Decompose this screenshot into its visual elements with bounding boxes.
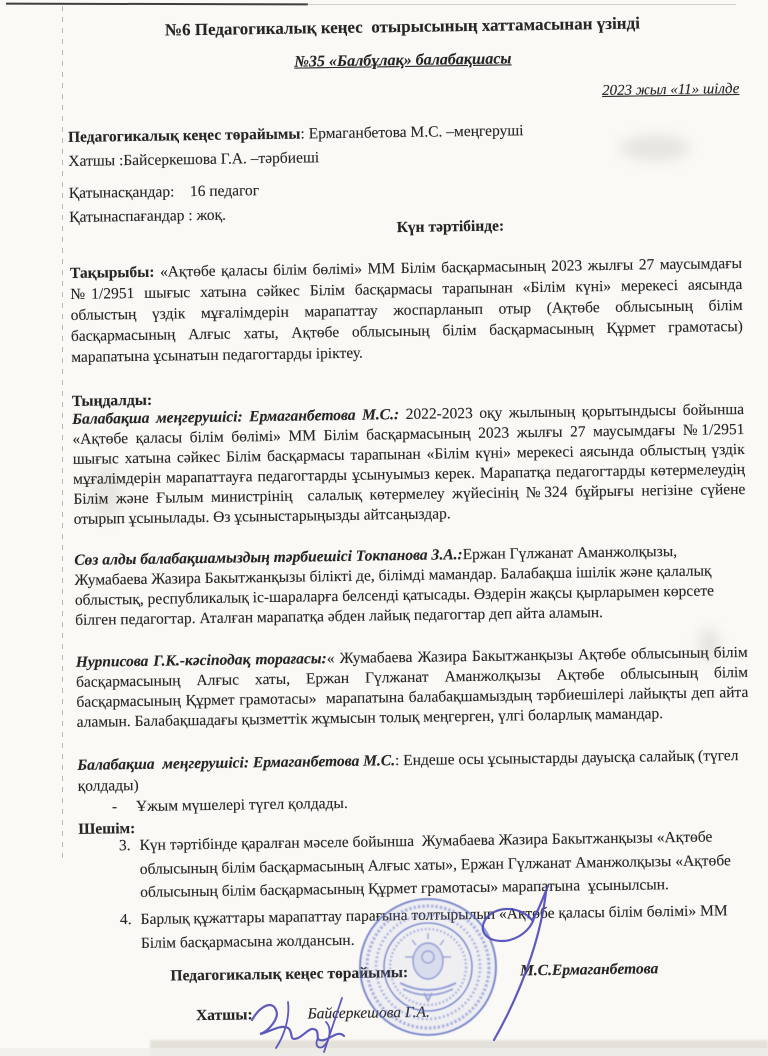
speech-director: Балабақша меңгерушісі: Ермаганбетова М.С… [72,400,746,530]
chair-signature [494,892,546,1040]
secretary-signature [324,998,342,1052]
speech-union-chair-nurpisova: Нурписова Г.К.-кәсіподақ торағасы:« Жума… [76,643,749,733]
kindergarten-subtitle: №35 «Балбұлақ» балабақшасы [67,45,739,76]
list-dash: - [112,796,136,817]
vote-result-text: Ұжым мүшелері түгел қолдады. [136,793,348,817]
secretary-signature [276,1002,288,1048]
document-title: №6 Педагогикалық кеңес отырысының хаттам… [66,11,738,42]
signatures-ink [230,870,570,1056]
item-number: 3. [104,834,131,905]
chairperson-label: Педагогикалық кеңес төрайымы [68,126,301,146]
chairperson-value: : Ермаганбетова М.С. –меңгеруші [300,122,523,142]
topic-label: Тақырыбы: [70,264,155,282]
document-date: 2023 жыл «11» шілде [67,79,739,110]
speech-teacher-tokpanova: Сөз алды балабақшамыздың тәрбиешісі Токп… [74,541,747,631]
topic-paragraph: Тақырыбы: «Ақтөбе қаласы білім бөлімі» М… [70,253,743,368]
page-fold-line [62,6,63,858]
item-number: 4. [105,908,132,955]
